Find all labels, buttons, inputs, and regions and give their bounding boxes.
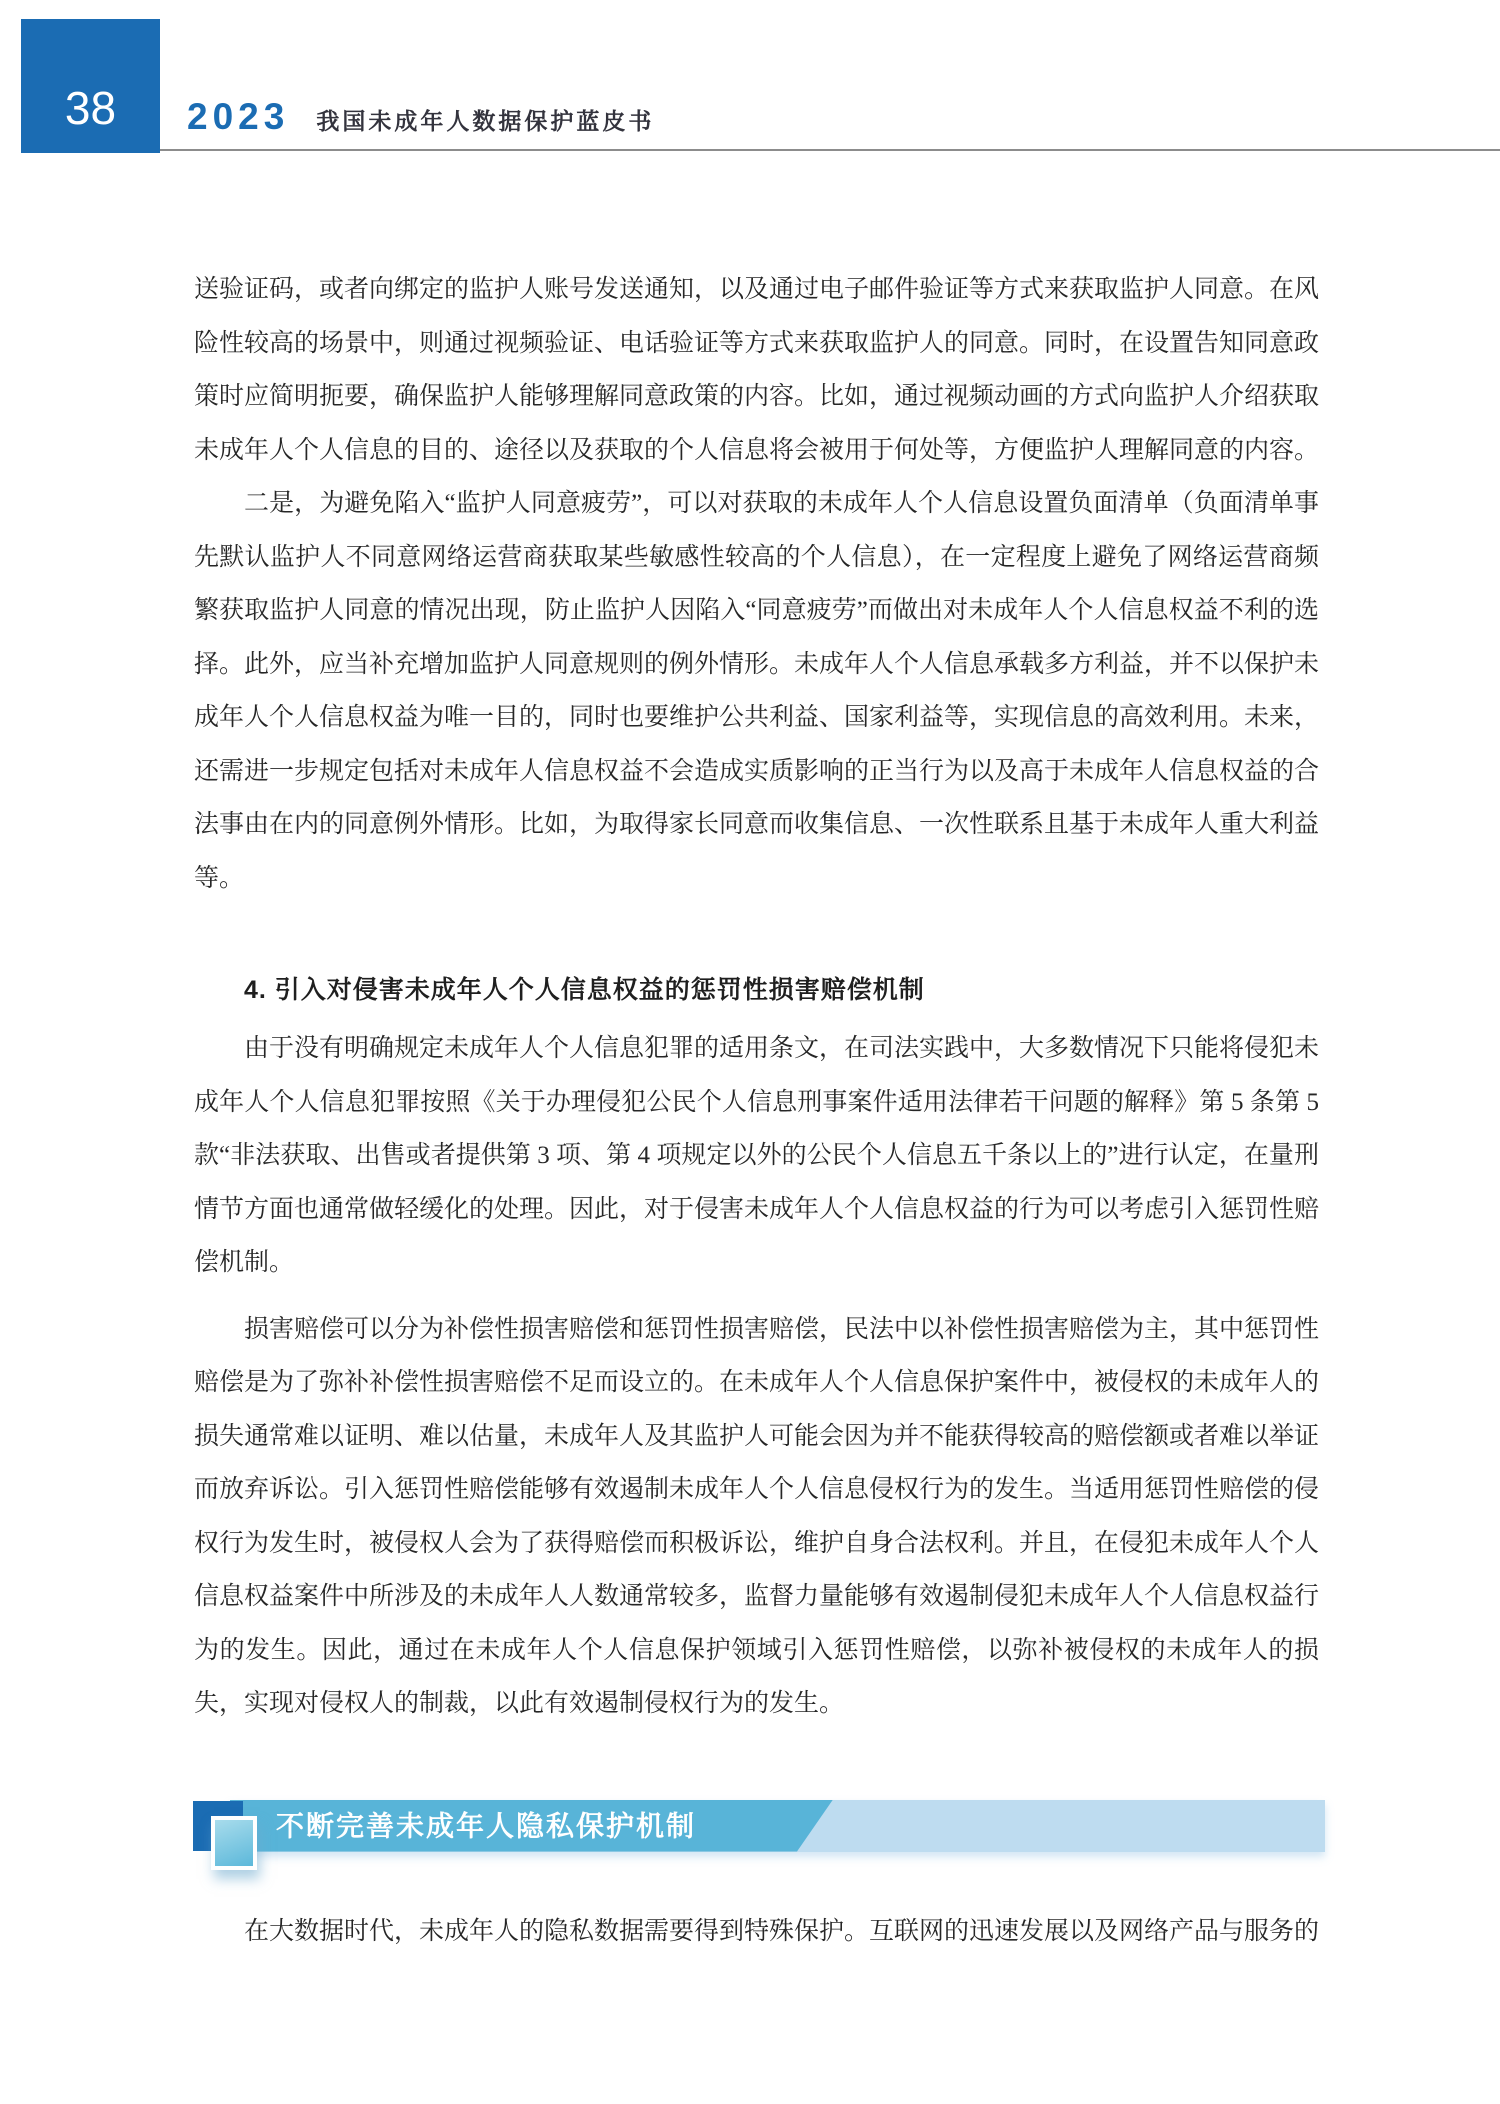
section-banner: 不断完善未成年人隐私保护机制 — [194, 1800, 1319, 1852]
paragraph: 二是，为避免陷入“监护人同意疲劳”，可以对获取的未成年人个人信息设置负面清单（负… — [194, 477, 1319, 905]
page-number-box: 38 — [21, 19, 160, 153]
running-header: 2023 我国未成年人数据保护蓝皮书 — [187, 96, 654, 138]
page-number: 38 — [65, 81, 116, 135]
header-year: 2023 — [187, 96, 289, 138]
paragraph: 损害赔偿可以分为补偿性损害赔偿和惩罚性损害赔偿，民法中以补偿性损害赔偿为主，其中… — [194, 1303, 1319, 1731]
paragraph: 送验证码，或者向绑定的监护人账号发送通知，以及通过电子邮件验证等方式来获取监护人… — [194, 263, 1319, 477]
paragraph: 由于没有明确规定未成年人个人信息犯罪的适用条文，在司法实践中，大多数情况下只能将… — [194, 1022, 1319, 1290]
section-heading: 4. 引入对侵害未成年人个人信息权益的惩罚性损害赔偿机制 — [194, 970, 1319, 1010]
body-text: 送验证码，或者向绑定的监护人账号发送通知，以及通过电子邮件验证等方式来获取监护人… — [194, 263, 1319, 1958]
banner-title: 不断完善未成年人隐私保护机制 — [276, 1799, 696, 1853]
document-page: 38 2023 我国未成年人数据保护蓝皮书 送验证码，或者向绑定的监护人账号发送… — [0, 0, 1500, 2104]
header-rule — [160, 149, 1500, 151]
closing-paragraph: 在大数据时代，未成年人的隐私数据需要得到特殊保护。互联网的迅速发展以及网络产品与… — [194, 1905, 1319, 1959]
header-book-title: 我国未成年人数据保护蓝皮书 — [316, 103, 654, 136]
banner-square-light — [211, 1816, 257, 1870]
